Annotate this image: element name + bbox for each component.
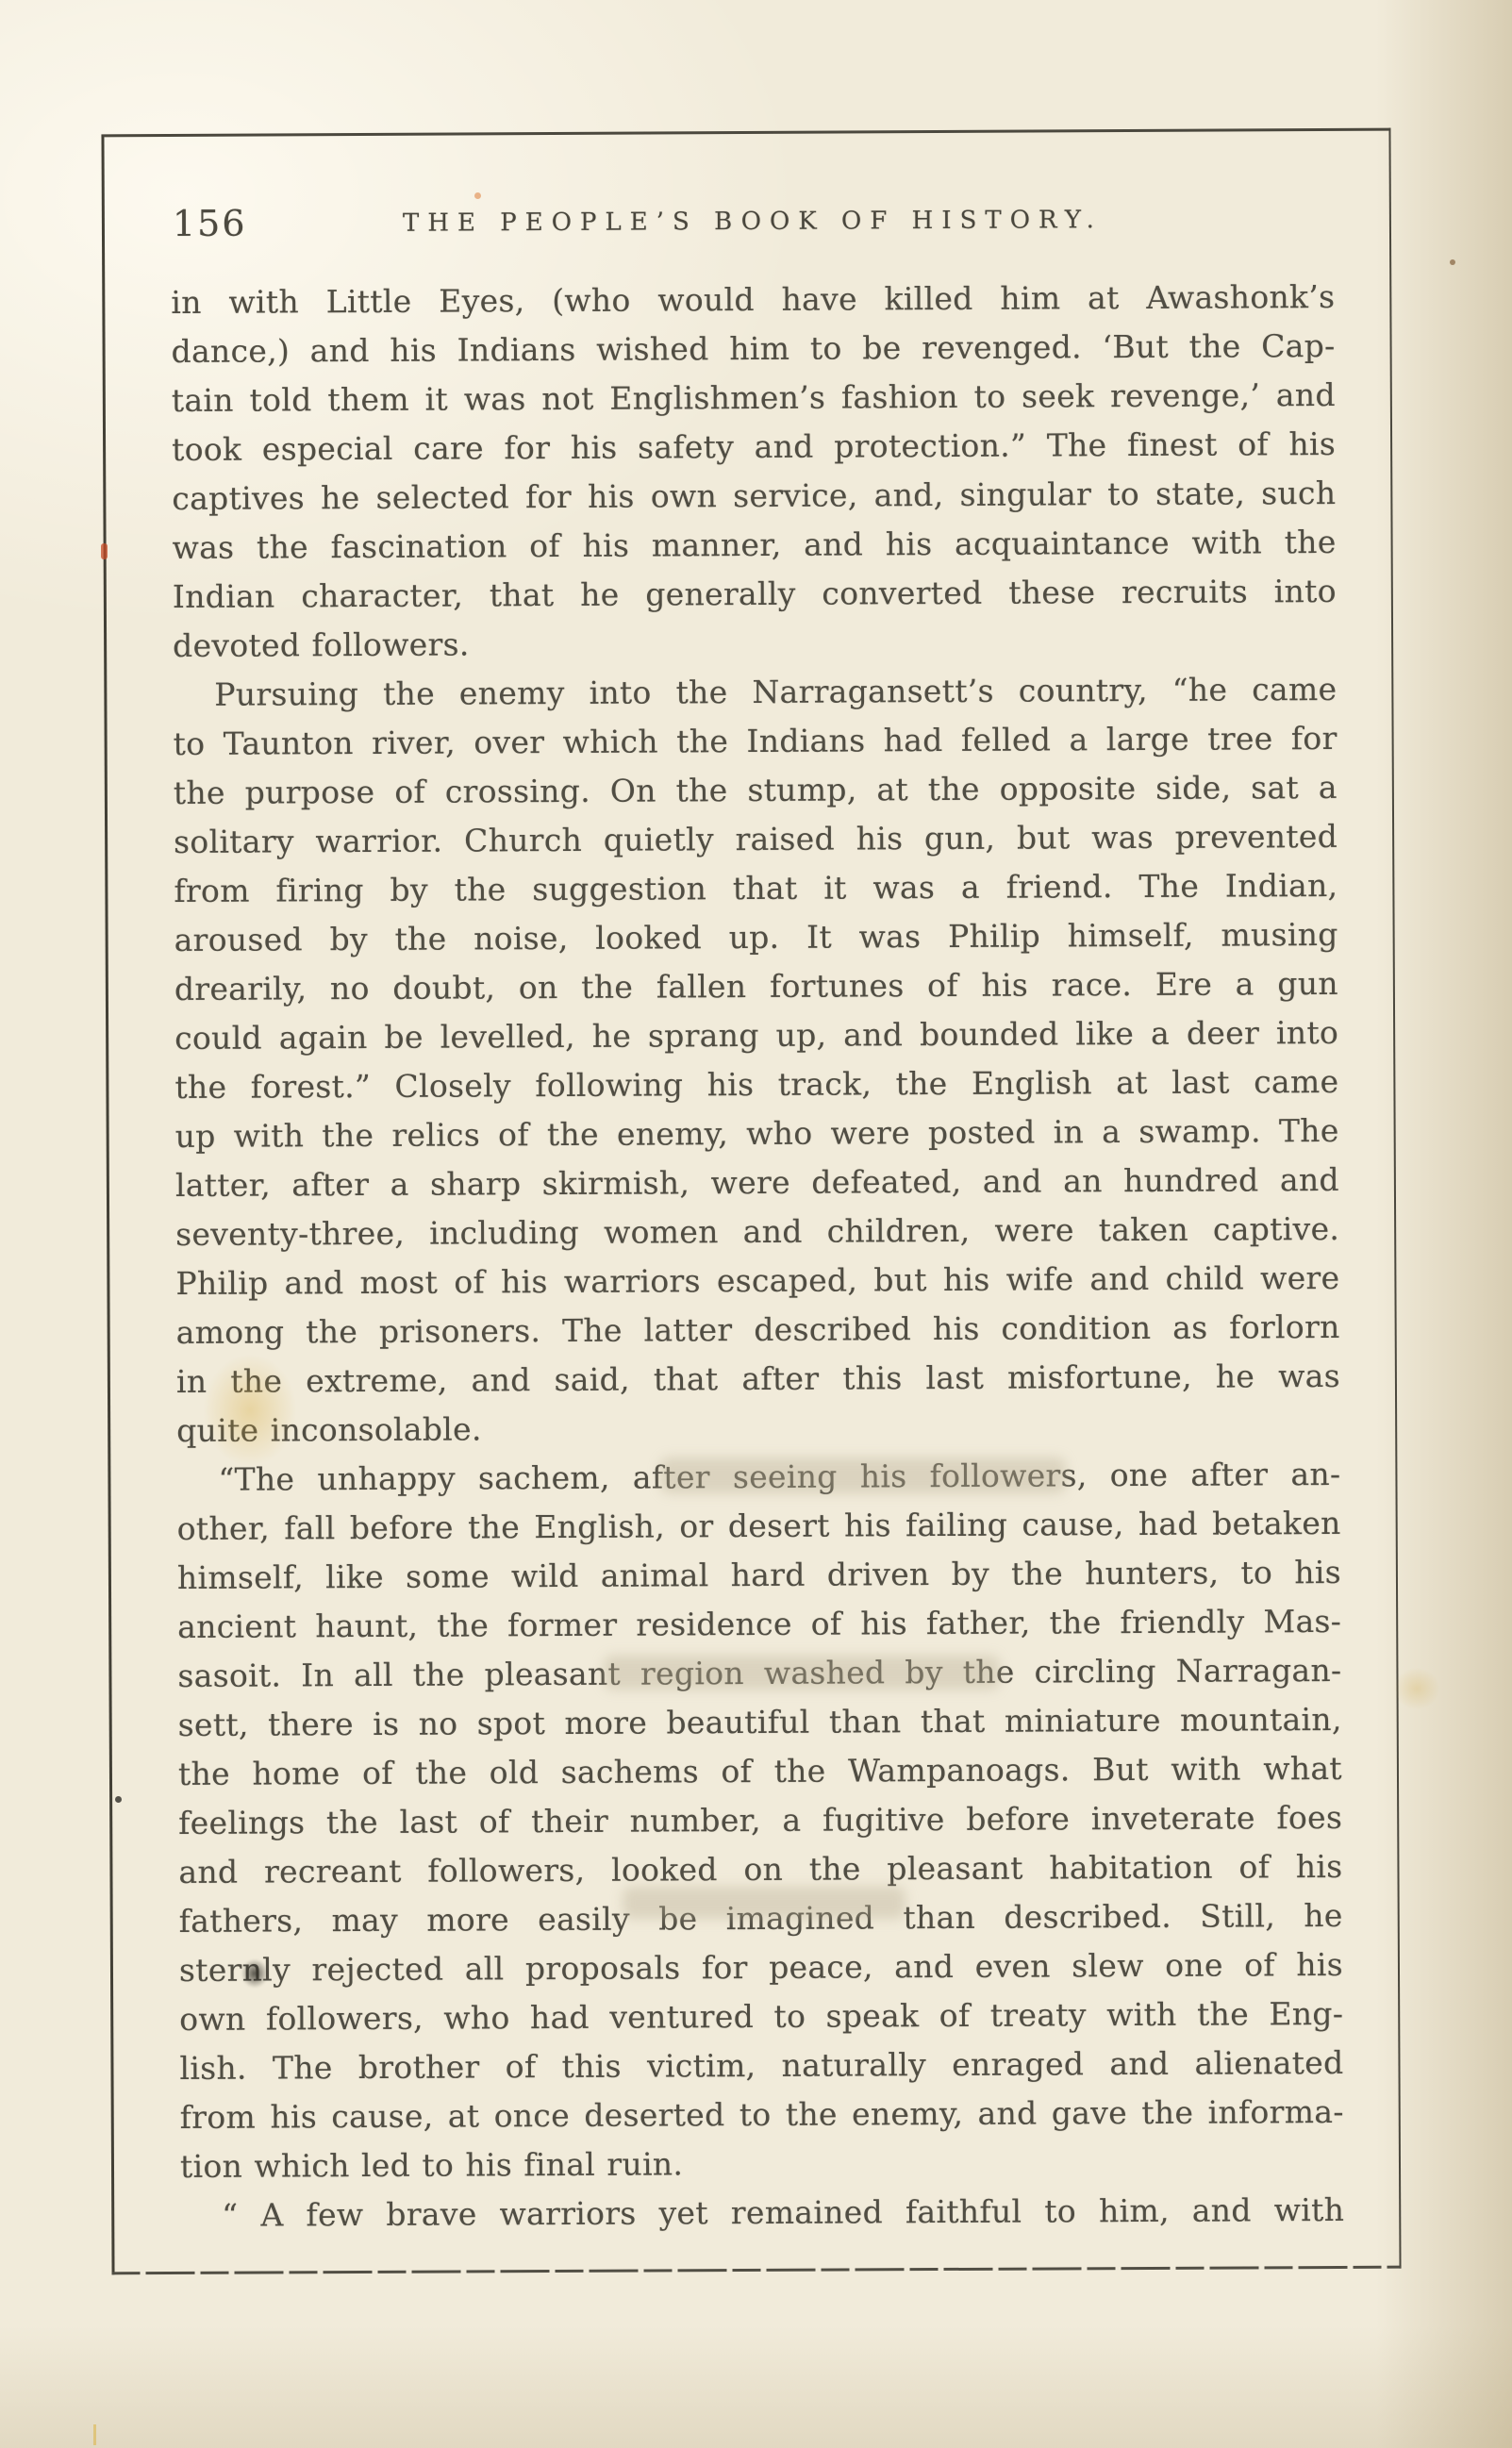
text-line: “ A few brave warriors yet remained fait… xyxy=(180,2186,1344,2240)
page-number: 156 xyxy=(173,203,247,244)
text-line: latter, after a sharp skirmish, were def… xyxy=(175,1156,1339,1210)
text-line: in the extreme, and said, that after thi… xyxy=(176,1352,1340,1407)
page-border-frame: 156 THE PEOPLE’S BOOK OF HISTORY. in wit… xyxy=(101,128,1401,2275)
text-line: feelings the last of their number, a fug… xyxy=(178,1793,1342,1848)
text-line: among the prisoners. The latter describe… xyxy=(176,1303,1340,1357)
text-line: in with Little Eyes, (who would have kil… xyxy=(171,273,1335,327)
text-line: from his cause, at once deserted to the … xyxy=(180,2088,1344,2142)
text-line: from firing by the suggestion that it wa… xyxy=(174,861,1338,916)
text-line: himself, like some wild animal hard driv… xyxy=(177,1548,1341,1603)
paper-mark xyxy=(93,2424,96,2445)
scanned-book-page: { "page": { "number": "156", "running_ti… xyxy=(0,0,1512,2448)
text-line: Philip and most of his warriors escaped,… xyxy=(175,1254,1339,1308)
running-title: THE PEOPLE’S BOOK OF HISTORY. xyxy=(171,201,1335,239)
text-line: ancient haunt, the former residence of h… xyxy=(177,1597,1341,1652)
text-line: drearily, no doubt, on the fallen fortun… xyxy=(174,959,1338,1014)
text-line: and recreant followers, looked on the pl… xyxy=(178,1842,1342,1897)
text-line: quite inconsolable. xyxy=(176,1401,1340,1456)
text-line: solitary warrior. Church quietly raised … xyxy=(174,812,1338,867)
text-line: own followers, who had ventured to speak… xyxy=(179,1990,1343,2044)
text-line: dance,) and his Indians wished him to be… xyxy=(171,322,1335,376)
text-line: sasoit. In all the pleasant region washe… xyxy=(177,1646,1341,1701)
text-line: Pursuing the enemy into the Narragansett… xyxy=(173,665,1337,720)
text-line: sett, there is no spot more beautiful th… xyxy=(178,1695,1342,1750)
frame-bottom-dashed-border xyxy=(112,2266,1402,2275)
text-line: sternly rejected all proposals for peace… xyxy=(179,1940,1343,1995)
text-line: tain told them it was not Englishmen’s f… xyxy=(172,371,1336,425)
text-line: lish. The brother of this victim, natura… xyxy=(179,2039,1343,2093)
text-line: seventy-three, including women and child… xyxy=(175,1205,1339,1259)
text-line: “The unhappy sachem, after seeing his fo… xyxy=(176,1450,1340,1505)
text-line: the forest.” Closely following his track… xyxy=(174,1057,1338,1112)
text-line: the home of the old sachems of the Wampa… xyxy=(178,1744,1342,1799)
text-line: the purpose of crossing. On the stump, a… xyxy=(174,763,1338,818)
text-line: fathers, may more easily be imagined tha… xyxy=(179,1891,1343,1946)
text-line: other, fall before the English, or deser… xyxy=(177,1499,1341,1554)
text-line: devoted followers. xyxy=(173,616,1337,671)
text-line: to Taunton river, over which the Indians… xyxy=(173,714,1337,769)
text-line: up with the relics of the enemy, who wer… xyxy=(175,1107,1339,1161)
paper-speck xyxy=(1450,259,1455,265)
text-line: Indian character, that he generally conv… xyxy=(173,567,1337,622)
text-line: could again be levelled, he sprang up, a… xyxy=(174,1008,1338,1063)
page-header: 156 THE PEOPLE’S BOOK OF HISTORY. xyxy=(171,201,1335,250)
text-line: took especial care for his safety and pr… xyxy=(172,420,1336,475)
body-text: in with Little Eyes, (who would have kil… xyxy=(171,273,1344,2240)
text-line: aroused by the noise, looked up. It was … xyxy=(174,910,1338,965)
text-line: was the fascination of his manner, and h… xyxy=(172,518,1336,573)
paper-stain xyxy=(1394,1668,1439,1709)
text-line: tion which led to his final ruin. xyxy=(180,2137,1344,2191)
text-line: captives he selected for his own service… xyxy=(172,469,1336,524)
